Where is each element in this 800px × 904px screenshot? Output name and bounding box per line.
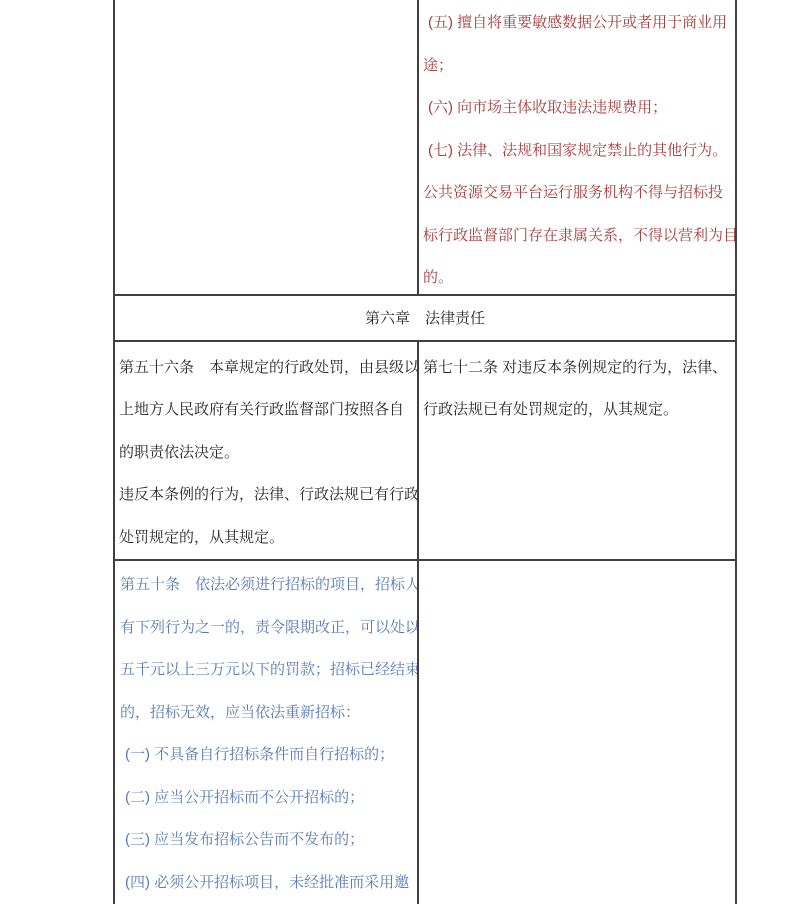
text-line: 公共资源交易平台运行服务机构不得与招标投 — [423, 172, 733, 215]
text-line: (七) 法律、法规和国家规定禁止的其他行为。 — [423, 130, 733, 173]
text-line: 五千元以上三万元以下的罚款；招标已经结束 — [120, 649, 415, 692]
text-line: (三) 应当发布招标公告而不发布的； — [120, 819, 415, 862]
table-row-red-provisions: (五) 擅自将重要敏感数据公开或者用于商业用 途； (六) 向市场主体收取违法违… — [115, 0, 735, 296]
text-line: 处罚规定的，从其规定。 — [119, 517, 415, 560]
empty-left-cell — [115, 0, 419, 294]
table-row-article-56-72: 第五十六条 本章规定的行政处罚，由县级以 上地方人民政府有关行政监督部门按照各自… — [115, 342, 735, 562]
text-line: 的职责依法决定。 — [119, 432, 415, 475]
text-line: 行政法规已有处罚规定的，从其规定。 — [423, 389, 733, 432]
text-line: (五) 擅自将重要敏感数据公开或者用于商业用 — [423, 2, 733, 45]
text-line: 的。 — [423, 257, 733, 294]
red-provision-cell: (五) 擅自将重要敏感数据公开或者用于商业用 途； (六) 向市场主体收取违法违… — [419, 0, 735, 294]
text-line: 第五十条 依法必须进行招标的项目，招标人 — [120, 564, 415, 607]
text-line: (四) 必须公开招标项目，未经批准而采用邀 — [120, 862, 415, 904]
text-line: 标行政监督部门存在隶属关系，不得以营利为目 — [423, 215, 733, 258]
comparison-table: (五) 擅自将重要敏感数据公开或者用于商业用 途； (六) 向市场主体收取违法违… — [113, 0, 737, 904]
text-line: (二) 应当公开招标而不公开招标的； — [120, 777, 415, 820]
chapter-heading: 第六章 法律责任 — [365, 307, 485, 328]
text-line: 违反本条例的行为，法律、行政法规已有行政 — [119, 474, 415, 517]
text-line: 第七十二条 对违反本条例规定的行为，法律、 — [423, 347, 733, 390]
text-line: 上地方人民政府有关行政监督部门按照各自 — [119, 389, 415, 432]
text-line: 途； — [423, 45, 733, 88]
article-72-cell: 第七十二条 对违反本条例规定的行为，法律、 行政法规已有处罚规定的，从其规定。 — [419, 342, 735, 560]
text-line: (一) 不具备自行招标条件而自行招标的； — [120, 734, 415, 777]
text-line: 的，招标无效，应当依法重新招标： — [120, 692, 415, 735]
article-56-cell: 第五十六条 本章规定的行政处罚，由县级以 上地方人民政府有关行政监督部门按照各自… — [115, 342, 419, 560]
document-page: (五) 擅自将重要敏感数据公开或者用于商业用 途； (六) 向市场主体收取违法违… — [0, 0, 800, 904]
article-50-cell: 第五十条 依法必须进行招标的项目，招标人 有下列行为之一的，责令限期改正，可以处… — [115, 561, 419, 904]
text-line: 有下列行为之一的，责令限期改正，可以处以 — [120, 607, 415, 650]
text-line: (六) 向市场主体收取违法违规费用； — [423, 87, 733, 130]
table-row-article-50: 第五十条 依法必须进行招标的项目，招标人 有下列行为之一的，责令限期改正，可以处… — [115, 561, 735, 904]
text-line: 第五十六条 本章规定的行政处罚，由县级以 — [119, 347, 415, 390]
empty-right-cell — [419, 561, 735, 904]
chapter-heading-row: 第六章 法律责任 — [115, 296, 735, 342]
